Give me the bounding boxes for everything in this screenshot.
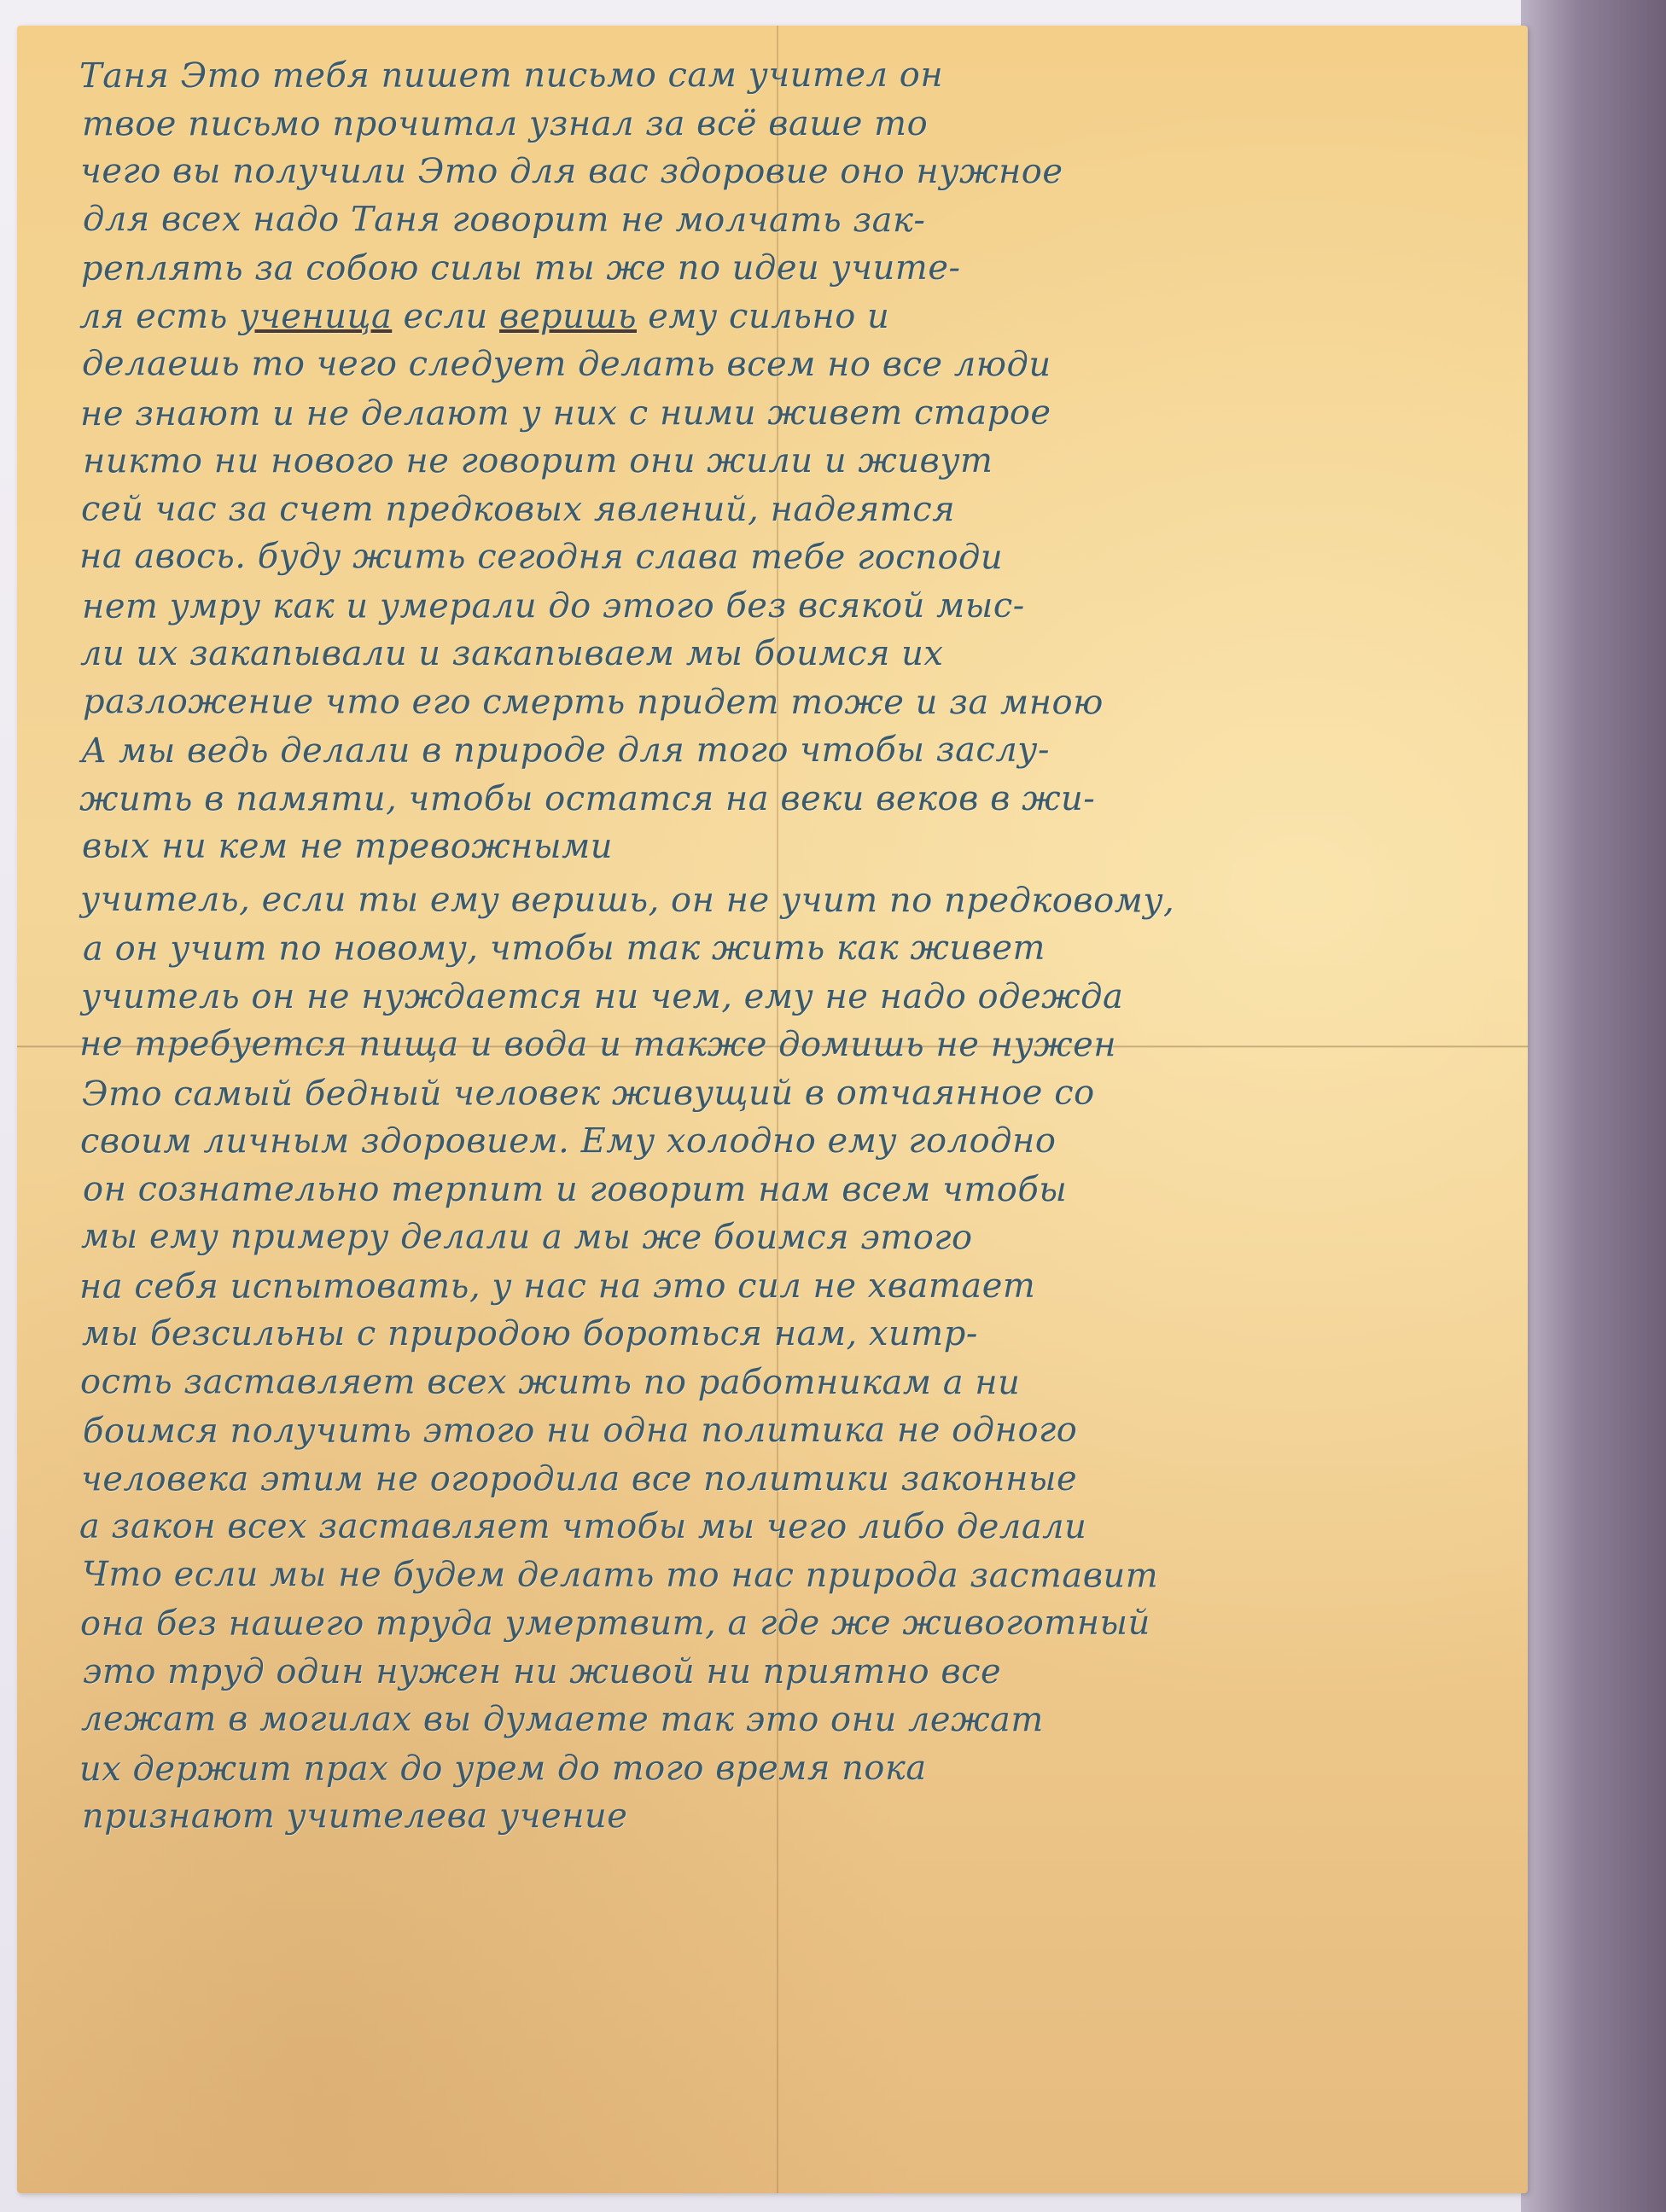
handwritten-line: она без нашего труда умертвит, а где же … [80,1598,1523,1648]
handwritten-line: учитель, если ты ему веришь, он не учит … [80,875,1523,925]
handwritten-line: на авось. буду жить сегодня слава тебе г… [79,533,1522,583]
handwritten-line: вых ни кем не тревожными [82,823,1524,871]
handwritten-line: для всех надо Таня говорит не молчать за… [83,195,1525,245]
sleeve-edge-shadow [1521,0,1666,2212]
handwritten-line: не требуется пища и вода и также домишь … [79,1020,1522,1069]
handwritten-line: а он учит по новому, чтобы так жить как … [83,923,1525,973]
underlined-word: веришь [499,297,637,336]
handwritten-line: мы безсильны с природою бороться нам, хи… [82,1310,1524,1359]
handwritten-line: реплять за собою силы ты же по идеи учит… [81,243,1523,293]
handwritten-line: А мы ведь делали в природе для того чтоб… [81,725,1523,776]
handwritten-line: их держит прах до урем до того время пок… [79,1743,1522,1793]
handwritten-line: Таня Это тебя пишет письмо сам учител он [79,50,1522,101]
handwritten-line: ля есть ученица если веришь ему сильно и [79,293,1522,341]
handwritten-line: признают учителева учение [82,1792,1524,1841]
handwritten-line: нет умру как и умерали до этого без всяк… [82,581,1524,631]
handwritten-line: своим личным здоровием. Ему холодно ему … [80,1117,1523,1166]
handwritten-line: делаешь то чего следует делать всем но в… [82,340,1524,389]
handwritten-line: мы ему примеру делали а мы же боимся это… [81,1213,1523,1263]
handwritten-line: разложение что его смерть придет тоже и … [83,678,1525,727]
handwritten-line: а закон всех заставляет чтобы мы чего ли… [79,1503,1522,1551]
handwritten-line: чего вы получили Это для вас здоровие он… [80,148,1523,196]
handwritten-line: он сознательно терпит и говорит нам всем… [83,1165,1525,1214]
handwritten-line: ли их закапывали и закапываем мы боимся … [80,630,1523,678]
handwritten-line: Что если мы не будем делать то нас приро… [82,1550,1524,1600]
handwritten-line: это труд один нужен ни живой ни приятно … [83,1648,1525,1697]
handwritten-line: не знают и не делают у них с ними живет … [80,387,1523,438]
handwritten-line: боимся получить этого ни одна политика н… [83,1406,1525,1456]
handwritten-line: учитель он не нуждается ни чем, ему не н… [81,973,1523,1022]
handwritten-line: на себя испытовать, у нас на это сил не … [79,1261,1522,1311]
underlined-word: ученица [239,297,392,336]
handwritten-line: человека этим не огородила все политики … [81,1454,1523,1503]
handwritten-line: твое письмо прочитал узнал за всё ваше т… [82,99,1524,148]
letter-body: Таня Это тебя пишет письмо сам учител он… [81,51,1523,1841]
handwritten-line: сей час за счет предковых явлений, надея… [81,485,1523,533]
letter-paper: Таня Это тебя пишет письмо сам учител он… [17,26,1528,2193]
handwritten-line: жить в памяти, чтобы остатся на веки век… [79,774,1522,823]
handwritten-line: Это самый бедный человек живущий в отчая… [82,1068,1524,1118]
handwritten-line: никто ни нового не говорит они жили и жи… [83,437,1525,486]
handwritten-line: ость заставляет всех жить по работникам … [80,1358,1523,1407]
handwritten-line: лежат в могилах вы думаете так это они л… [81,1695,1523,1744]
